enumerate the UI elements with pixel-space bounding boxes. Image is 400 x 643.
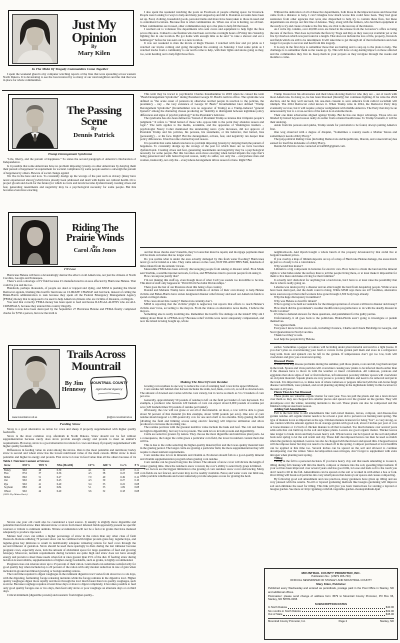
svg-text:Agricultural Agency: Agricultural Agency xyxy=(95,387,123,391)
byline-and-stamp-row: By Jim Hennessy MOUNTRAIL COUNTY Agricul… xyxy=(62,374,130,402)
masthead-box: MOUNTRAIL COUNTY PROMOTER, INC. Publicat… xyxy=(264,568,398,640)
email-address: jim@co.mountrail.nd.us xyxy=(107,416,132,419)
mountrail-county-agency-stamp-icon: MOUNTRAIL COUNTY Agricultural Agency xyxy=(88,375,130,402)
section-divider xyxy=(2,90,397,91)
postmaster-info: Postmaster: please send change of addres… xyxy=(268,595,394,602)
just-my-opinion-title-area: Just My Opinion By Mary Kilen xyxy=(58,14,130,62)
prairie-winds-caption: I’ll Lose xyxy=(4,268,136,272)
publisher-line: Mary Kilen, Publisher xyxy=(268,583,394,587)
masthead-footer-row: Mountrail County Promoter, Inc. Page 2 S… xyxy=(268,618,394,623)
author-by-line2: Hennessy xyxy=(62,388,86,394)
prairie-winds-col3-text: neighborhoods. And Oprah bought a whole … xyxy=(270,251,397,341)
svg-text:MOUNTRAIL COUNTY: MOUNTRAIL COUNTY xyxy=(90,381,128,385)
newspaper-page: Just My Opinion By Mary Kilen In The Mid… xyxy=(0,0,400,643)
article-title-line2: Mountrail xyxy=(71,361,120,372)
author-name: Carol Ann Jones xyxy=(74,249,117,255)
carol-ann-jones-photo xyxy=(12,216,58,265)
just-my-opinion-col3-text: Without the dedication of all of these f… xyxy=(270,11,397,88)
just-my-opinion-col2-text: I also spent the weekend watching the po… xyxy=(140,11,264,88)
table-note: (100% Dry Matter Basis) xyxy=(3,493,145,496)
prairie-winds-col1-text: Hurricane Helene will have a devastating… xyxy=(3,274,136,342)
passing-scene-col1-text: “Life, liberty, and the pursuit of happi… xyxy=(3,158,136,210)
article-title-line2: Prairie Winds xyxy=(66,234,124,244)
footer-company: Mountrail County Promoter, Inc. xyxy=(268,620,306,623)
author-name: Dennis Patrick xyxy=(73,133,114,139)
trails-across-title-area: Trails Across Mountrail By Jim Hennessy … xyxy=(60,349,132,417)
table-title: Table 1 Nutrient Content of Straws xyxy=(3,460,145,464)
trails-across-continued-text: Straws one year old could also be consid… xyxy=(3,521,136,641)
trails-across-caption: Feeding Straw xyxy=(4,423,136,427)
section-divider xyxy=(270,343,397,344)
trails-across-headline-box: Trails Across Mountrail By Jim Hennessy … xyxy=(8,345,136,421)
just-my-opinion-caption: In The Midst Of Tragedy Communities Come… xyxy=(4,68,136,72)
passing-scene-headline-box: The Passing Scene By Dennis Patrick xyxy=(8,94,134,151)
byline-block: By Jim Hennessy xyxy=(62,382,86,393)
footer-page-number: Page 2 xyxy=(339,620,348,623)
jim-hennessy-photo xyxy=(12,349,60,409)
straw-nutrient-table: Table 1 Nutrient Content of Straws Straw… xyxy=(3,460,145,496)
article-title-line2: Opinion xyxy=(72,32,116,45)
section-divider xyxy=(140,247,397,248)
woman-long-hair-portrait-icon xyxy=(13,217,57,264)
passing-scene-title-area: The Passing Scene By Dennis Patrick xyxy=(58,98,130,147)
author-name: Mary Kilen xyxy=(78,51,110,57)
man-suit-portrait-icon xyxy=(13,99,57,148)
garden-cleanup-column: earlier. Sometimes a pepper or tomato wi… xyxy=(270,346,397,565)
just-my-opinion-lead-text: I spent the weekend glued to my computer… xyxy=(3,73,136,89)
prairie-winds-title-area: Riding The Prairie Winds By Carol Ann Jo… xyxy=(58,216,132,263)
prairie-winds-col2-text: out that those checks aren’t benefits, t… xyxy=(140,251,264,379)
subscription-rates-list: In North Dakota$40.00Six months in North… xyxy=(268,606,394,616)
man-portrait-icon xyxy=(13,350,59,408)
woman-short-hair-portrait-icon xyxy=(13,15,57,63)
published-info: Published every Wednesday and entered as… xyxy=(268,587,394,594)
mary-kilen-photo xyxy=(12,14,58,64)
website-url: www.mountrail.co.nd.us xyxy=(12,416,37,419)
article-title-line1: The Passing xyxy=(67,106,122,117)
prairie-winds-headline-box: Riding The Prairie Winds By Carol Ann Jo… xyxy=(8,212,136,267)
corn-residue-column: Making The Most Of Corn Residue Grazing … xyxy=(140,381,264,641)
passing-scene-caption: Trump Derangement Syndrome xyxy=(4,153,136,157)
just-my-opinion-headline-box: Just My Opinion By Mary Kilen xyxy=(8,10,134,66)
article-title-line2: Scene xyxy=(81,117,107,128)
contact-url-row: www.mountrail.co.nd.us jim@co.mountrail.… xyxy=(9,416,135,419)
passing-scene-col3-text: Trump flouted not his adversaries and th… xyxy=(270,93,397,243)
corn-residue-text: Grazing corn residues is one way to redu… xyxy=(140,385,264,479)
passing-scene-col2-text: This term may be traced to psychiatrist … xyxy=(140,93,264,245)
footer-city: Stanley, ND xyxy=(380,620,394,623)
table-body: Barley90.0400.394.1520.370.11Flax87.6370… xyxy=(3,468,145,493)
dennis-patrick-photo xyxy=(12,98,58,149)
nutrient-content-table: StrawDM %TDN %NEm (Mcal/lb)CP %ADF %Ca %… xyxy=(3,464,145,493)
trails-across-intro-text: Straw is a good alternative as ration fo… xyxy=(3,428,136,459)
